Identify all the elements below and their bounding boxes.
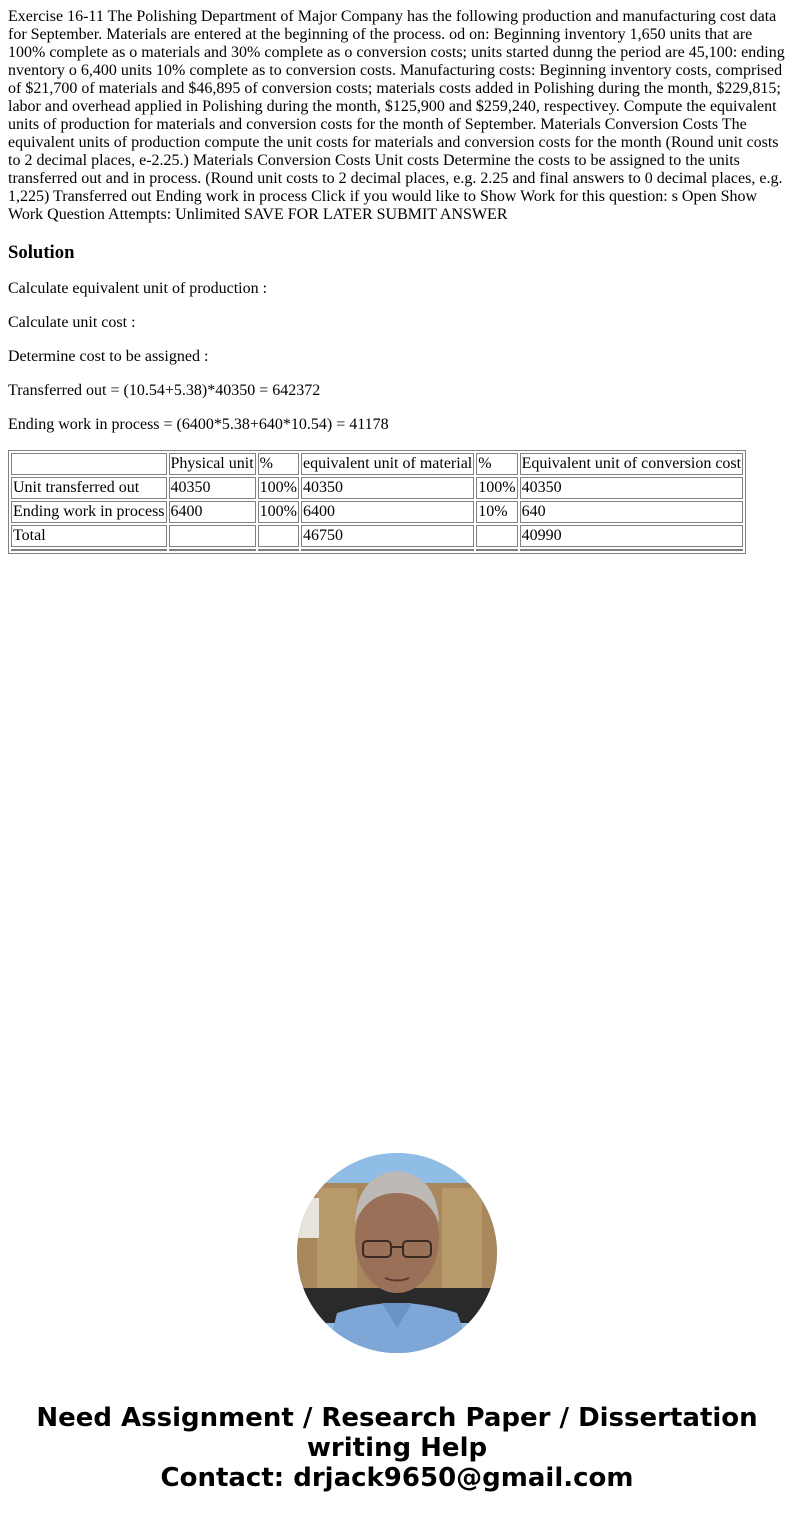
table-cell: [169, 525, 256, 547]
table-cell: [258, 525, 299, 547]
table-empty-cell: [476, 549, 517, 551]
table-cell: 100%: [258, 501, 299, 523]
table-cell: 40350: [169, 477, 256, 499]
solution-step-ending-wip: Ending work in process = (6400*5.38+640*…: [8, 416, 788, 434]
table-cell: Unit transferred out: [11, 477, 167, 499]
author-avatar: [297, 1153, 497, 1353]
table-cell: 46750: [301, 525, 474, 547]
promo-line-1: Need Assignment / Research Paper / Disse…: [0, 1403, 794, 1433]
table-cell: 100%: [258, 477, 299, 499]
question-text: Exercise 16-11 The Polishing Department …: [8, 8, 788, 224]
table-header-cell: equivalent unit of material: [301, 453, 474, 475]
table-empty-cell: [258, 549, 299, 551]
promo-banner: Need Assignment / Research Paper / Disse…: [0, 1403, 794, 1493]
table-cell: 640: [520, 501, 744, 523]
table-empty-cell: [301, 549, 474, 551]
table-row-total: Total 46750 40990: [11, 525, 743, 547]
table-empty-cell: [520, 549, 744, 551]
table-empty-row: [11, 549, 743, 551]
equivalent-units-table: Physical unit % equivalent unit of mater…: [8, 450, 746, 554]
table-header-cell: %: [476, 453, 517, 475]
table-empty-cell: [11, 549, 167, 551]
document-content: Exercise 16-11 The Polishing Department …: [8, 8, 788, 554]
table-cell: 6400: [301, 501, 474, 523]
table-empty-cell: [169, 549, 256, 551]
solution-heading: Solution: [8, 242, 788, 264]
table-cell: [476, 525, 517, 547]
solution-step-transferred-out: Transferred out = (10.54+5.38)*40350 = 6…: [8, 382, 788, 400]
solution-step-unit-cost: Calculate unit cost :: [8, 314, 788, 332]
table-cell: 6400: [169, 501, 256, 523]
table-cell: Ending work in process: [11, 501, 167, 523]
table-header-cell: Equivalent unit of conversion cost: [520, 453, 744, 475]
solution-step-cost-assigned: Determine cost to be assigned :: [8, 348, 788, 366]
promo-line-2: writing Help: [0, 1433, 794, 1463]
author-photo-icon: [297, 1153, 497, 1353]
table-cell: 10%: [476, 501, 517, 523]
table-header-cell: %: [258, 453, 299, 475]
table-row: Unit transferred out 40350 100% 40350 10…: [11, 477, 743, 499]
table-header-cell: Physical unit: [169, 453, 256, 475]
table-cell: Total: [11, 525, 167, 547]
solution-step-equivalent-units: Calculate equivalent unit of production …: [8, 280, 788, 298]
table-header-cell: [11, 453, 167, 475]
table-cell: 40350: [520, 477, 744, 499]
table-cell: 40350: [301, 477, 474, 499]
table-header-row: Physical unit % equivalent unit of mater…: [11, 453, 743, 475]
table-cell: 40990: [520, 525, 744, 547]
table-row: Ending work in process 6400 100% 6400 10…: [11, 501, 743, 523]
table-cell: 100%: [476, 477, 517, 499]
promo-contact: Contact: drjack9650@gmail.com: [0, 1463, 794, 1493]
